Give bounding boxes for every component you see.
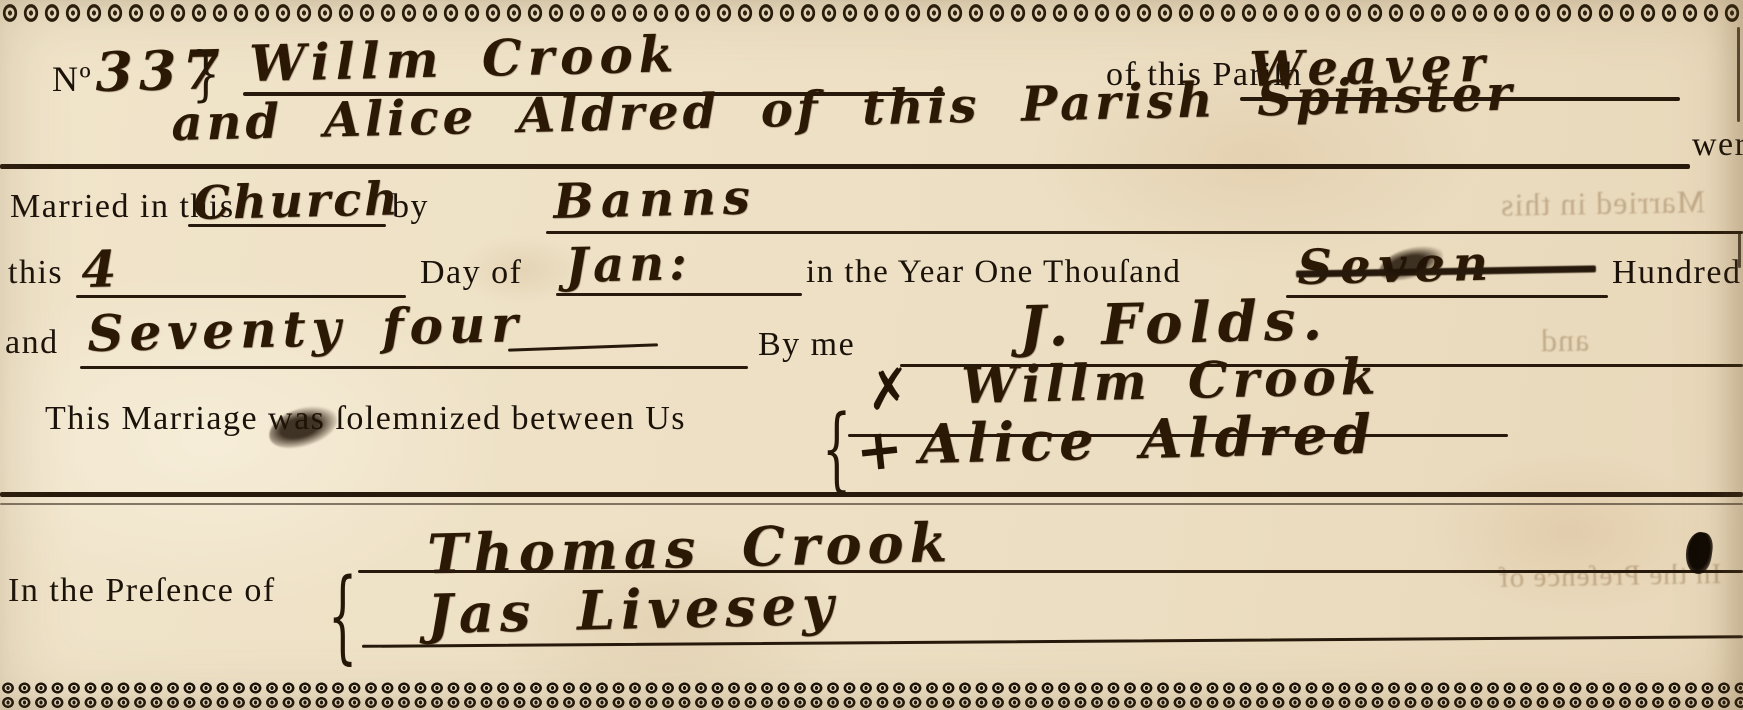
ruled-line bbox=[358, 570, 1743, 573]
ornamental-border-bottom bbox=[0, 681, 1743, 710]
page-edge-mark bbox=[1737, 27, 1740, 122]
place-handwritten: Church bbox=[193, 171, 401, 230]
were-label: were bbox=[1692, 126, 1743, 164]
presence-label: In the Preſence of bbox=[8, 572, 276, 610]
groom-mark: ✗ bbox=[863, 356, 915, 423]
bride-signature-handwritten: Alice Aldred bbox=[919, 402, 1378, 476]
ruled-line bbox=[0, 492, 1743, 497]
bleedthrough-text: and bbox=[1540, 322, 1590, 360]
ruled-line bbox=[0, 503, 1743, 505]
ruled-line bbox=[546, 231, 1743, 234]
day-of-label: Day of bbox=[420, 254, 522, 292]
method-handwritten: Banns bbox=[553, 169, 758, 230]
year-tens-handwritten: Seventy four bbox=[87, 294, 524, 363]
entry-number-label: Nº bbox=[52, 58, 92, 100]
bride-mark: + bbox=[853, 416, 906, 486]
this-label: this bbox=[8, 254, 63, 292]
year-printed-label: in the Year One Thouſand bbox=[806, 254, 1181, 291]
witness2-signature-handwritten: Jas Livesey bbox=[427, 573, 840, 646]
ornamental-border-top bbox=[0, 0, 1743, 25]
bleedthrough-text: Married in this bbox=[1500, 183, 1706, 224]
by-label: by bbox=[392, 188, 429, 226]
ruled-line bbox=[1286, 295, 1608, 298]
month-handwritten: Jan: bbox=[565, 235, 693, 294]
groom-name-handwritten: Willm Crook bbox=[249, 24, 680, 93]
signatures-brace: { bbox=[822, 394, 851, 502]
and-label: and bbox=[5, 324, 59, 362]
pen-flourish bbox=[508, 343, 658, 351]
day-handwritten: 4 bbox=[81, 239, 117, 299]
marriage-register-scan: Married in this and In the Preſence of N… bbox=[0, 0, 1743, 710]
witnesses-brace: { bbox=[328, 556, 357, 675]
hundred-label: Hundred bbox=[1612, 254, 1741, 292]
ruled-line bbox=[556, 293, 802, 296]
ruled-line bbox=[188, 224, 386, 227]
witness1-signature-handwritten: Thomas Crook bbox=[427, 510, 954, 586]
ruled-line bbox=[80, 366, 748, 369]
by-me-label: By me bbox=[758, 326, 855, 364]
ruled-line bbox=[0, 164, 1690, 169]
solemnized-label: This Marriage was ſolemnized between Us bbox=[45, 400, 686, 438]
